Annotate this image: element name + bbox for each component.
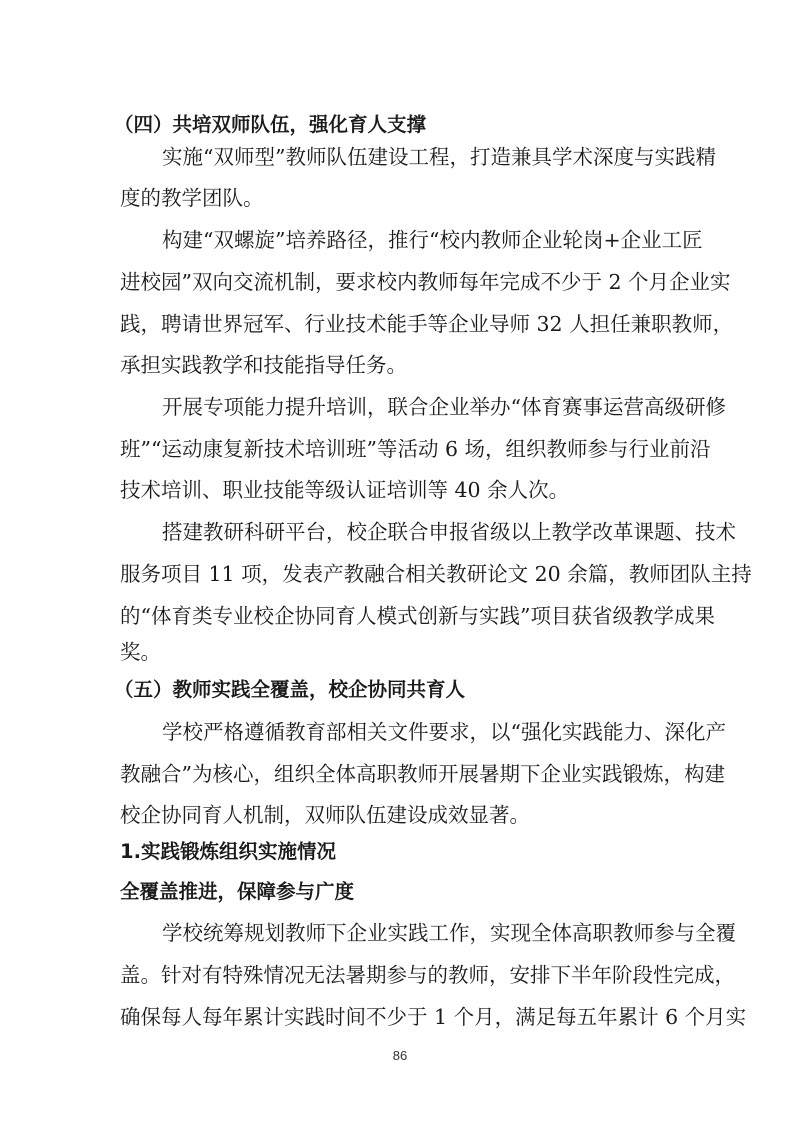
paragraph-line: 奖。 [120,638,682,666]
paragraph-line: 践，聘请世界冠军、行业技术能手等企业导师 32 人担任兼职教师， [120,310,682,338]
subheading: 1.实践锻炼组织实施情况 [120,838,682,866]
page-number: 86 [0,1048,800,1063]
paragraph-line: 班”“运动康复新技术培训班”等活动 6 场，组织教师参与行业前沿 [120,435,682,463]
paragraph-line: 盖。针对有特殊情况无法暑期参与的教师，安排下半年阶段性完成， [120,961,682,989]
paragraph-line: 进校园”双向交流机制，要求校内教师每年完成不少于 2 个月企业实 [120,268,682,296]
paragraph-line: 实施“双师型”教师队伍建设工程，打造兼具学术深度与实践精 [162,143,682,171]
paragraph-line: 服务项目 11 项，发表产教融合相关教研论文 20 余篇，教师团队主持 [120,560,682,588]
paragraph-line: 学校严格遵循教育部相关文件要求，以“强化实践能力、深化产 [162,718,682,746]
paragraph-line: 校企协同育人机制，双师队伍建设成效显著。 [120,801,682,829]
paragraph-line: 承担实践教学和技能指导任务。 [120,351,682,379]
paragraph-line: 构建“双螺旋”培养路径，推行“校内教师企业轮岗+企业工匠 [162,226,682,254]
paragraph-line: 开展专项能力提升培训，联合企业举办“体育赛事运营高级研修 [162,393,682,421]
paragraph-line: 度的教学团队。 [120,184,682,212]
subsubheading: 全覆盖推进，保障参与广度 [120,878,682,906]
document-page: （四）共培双师队伍，强化育人支撑 实施“双师型”教师队伍建设工程，打造兼具学术深… [0,0,800,1131]
paragraph-line: 确保每人每年累计实践时间不少于 1 个月，满足每五年累计 6 个月实 [120,1003,682,1031]
section-heading-4: （四）共培双师队伍，强化育人支撑 [114,111,676,139]
paragraph-line: 搭建教研科研平台，校企联合申报省级以上教学改革课题、技术 [162,518,682,546]
paragraph-line: 的“体育类专业校企协同育人模式创新与实践”项目获省级教学成果 [120,602,682,630]
paragraph-line: 技术培训、职业技能等级认证培训等 40 余人次。 [120,476,682,504]
paragraph-line: 教融合”为核心，组织全体高职教师开展暑期下企业实践锻炼，构建 [120,760,682,788]
section-heading-5: （五）教师实践全覆盖，校企协同共育人 [114,676,676,704]
paragraph-line: 学校统筹规划教师下企业实践工作，实现全体高职教师参与全覆 [162,919,682,947]
